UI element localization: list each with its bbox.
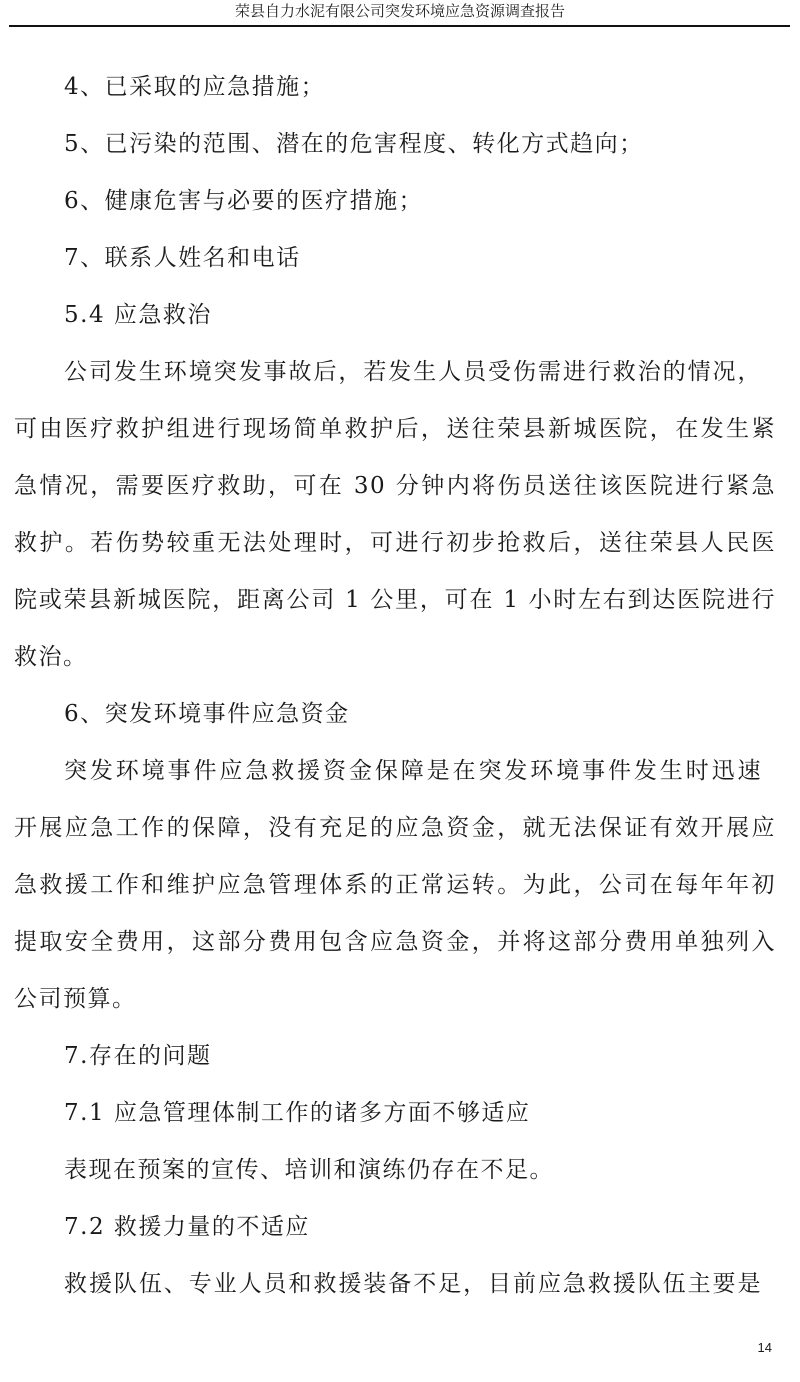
paragraph-line: 可由医疗救护组进行现场简单救护后，送往荣县新城医院，在发生紧 — [0, 414, 776, 444]
page-number: 14 — [758, 1340, 772, 1355]
paragraph-line: 急救援工作和维护应急管理体系的正常运转。为此，公司在每年年初 — [0, 870, 776, 900]
paragraph-line: 救护。若伤势较重无法处理时，可进行初步抢救后，送往荣县人民医 — [0, 528, 776, 558]
section-heading: 5.4 应急救治 — [0, 300, 800, 330]
header-title: 荣县自力水泥有限公司突发环境应急资源调查报告 — [235, 2, 565, 20]
list-item: 6、健康危害与必要的医疗措施； — [0, 186, 800, 216]
paragraph-line: 开展应急工作的保障，没有充足的应急资金，就无法保证有效开展应 — [0, 813, 776, 843]
paragraph-line: 救治。 — [0, 642, 800, 672]
paragraph-line: 院或荣县新城医院，距离公司 1 公里，可在 1 小时左右到达医院进行 — [0, 585, 776, 615]
paragraph-line: 提取安全费用，这部分费用包含应急资金，并将这部分费用单独列入 — [0, 927, 776, 957]
paragraph-line: 突发环境事件应急救援资金保障是在突发环境事件发生时迅速 — [0, 756, 762, 786]
list-item: 5、已污染的范围、潜在的危害程度、转化方式趋向； — [0, 129, 800, 159]
page-header: 荣县自力水泥有限公司突发环境应急资源调查报告 — [0, 0, 800, 26]
paragraph-line: 急情况，需要医疗救助，可在 30 分钟内将伤员送往该医院进行紧急 — [0, 471, 776, 501]
header-divider — [9, 25, 790, 27]
paragraph-line: 表现在预案的宣传、培训和演练仍存在不足。 — [0, 1155, 800, 1185]
section-heading: 6、突发环境事件应急资金 — [0, 699, 800, 729]
list-item: 4、已采取的应急措施； — [0, 72, 800, 102]
paragraph-line: 公司预算。 — [0, 984, 800, 1014]
paragraph-line: 公司发生环境突发事故后，若发生人员受伤需进行救治的情况， — [0, 357, 762, 387]
paragraph-line: 救援队伍、专业人员和救援装备不足，目前应急救援队伍主要是 — [0, 1269, 762, 1299]
section-heading: 7.存在的问题 — [0, 1041, 800, 1071]
list-item: 7、联系人姓名和电话 — [0, 243, 800, 273]
subsection-heading: 7.1 应急管理体制工作的诸多方面不够适应 — [0, 1098, 800, 1128]
subsection-heading: 7.2 救援力量的不适应 — [0, 1212, 800, 1242]
